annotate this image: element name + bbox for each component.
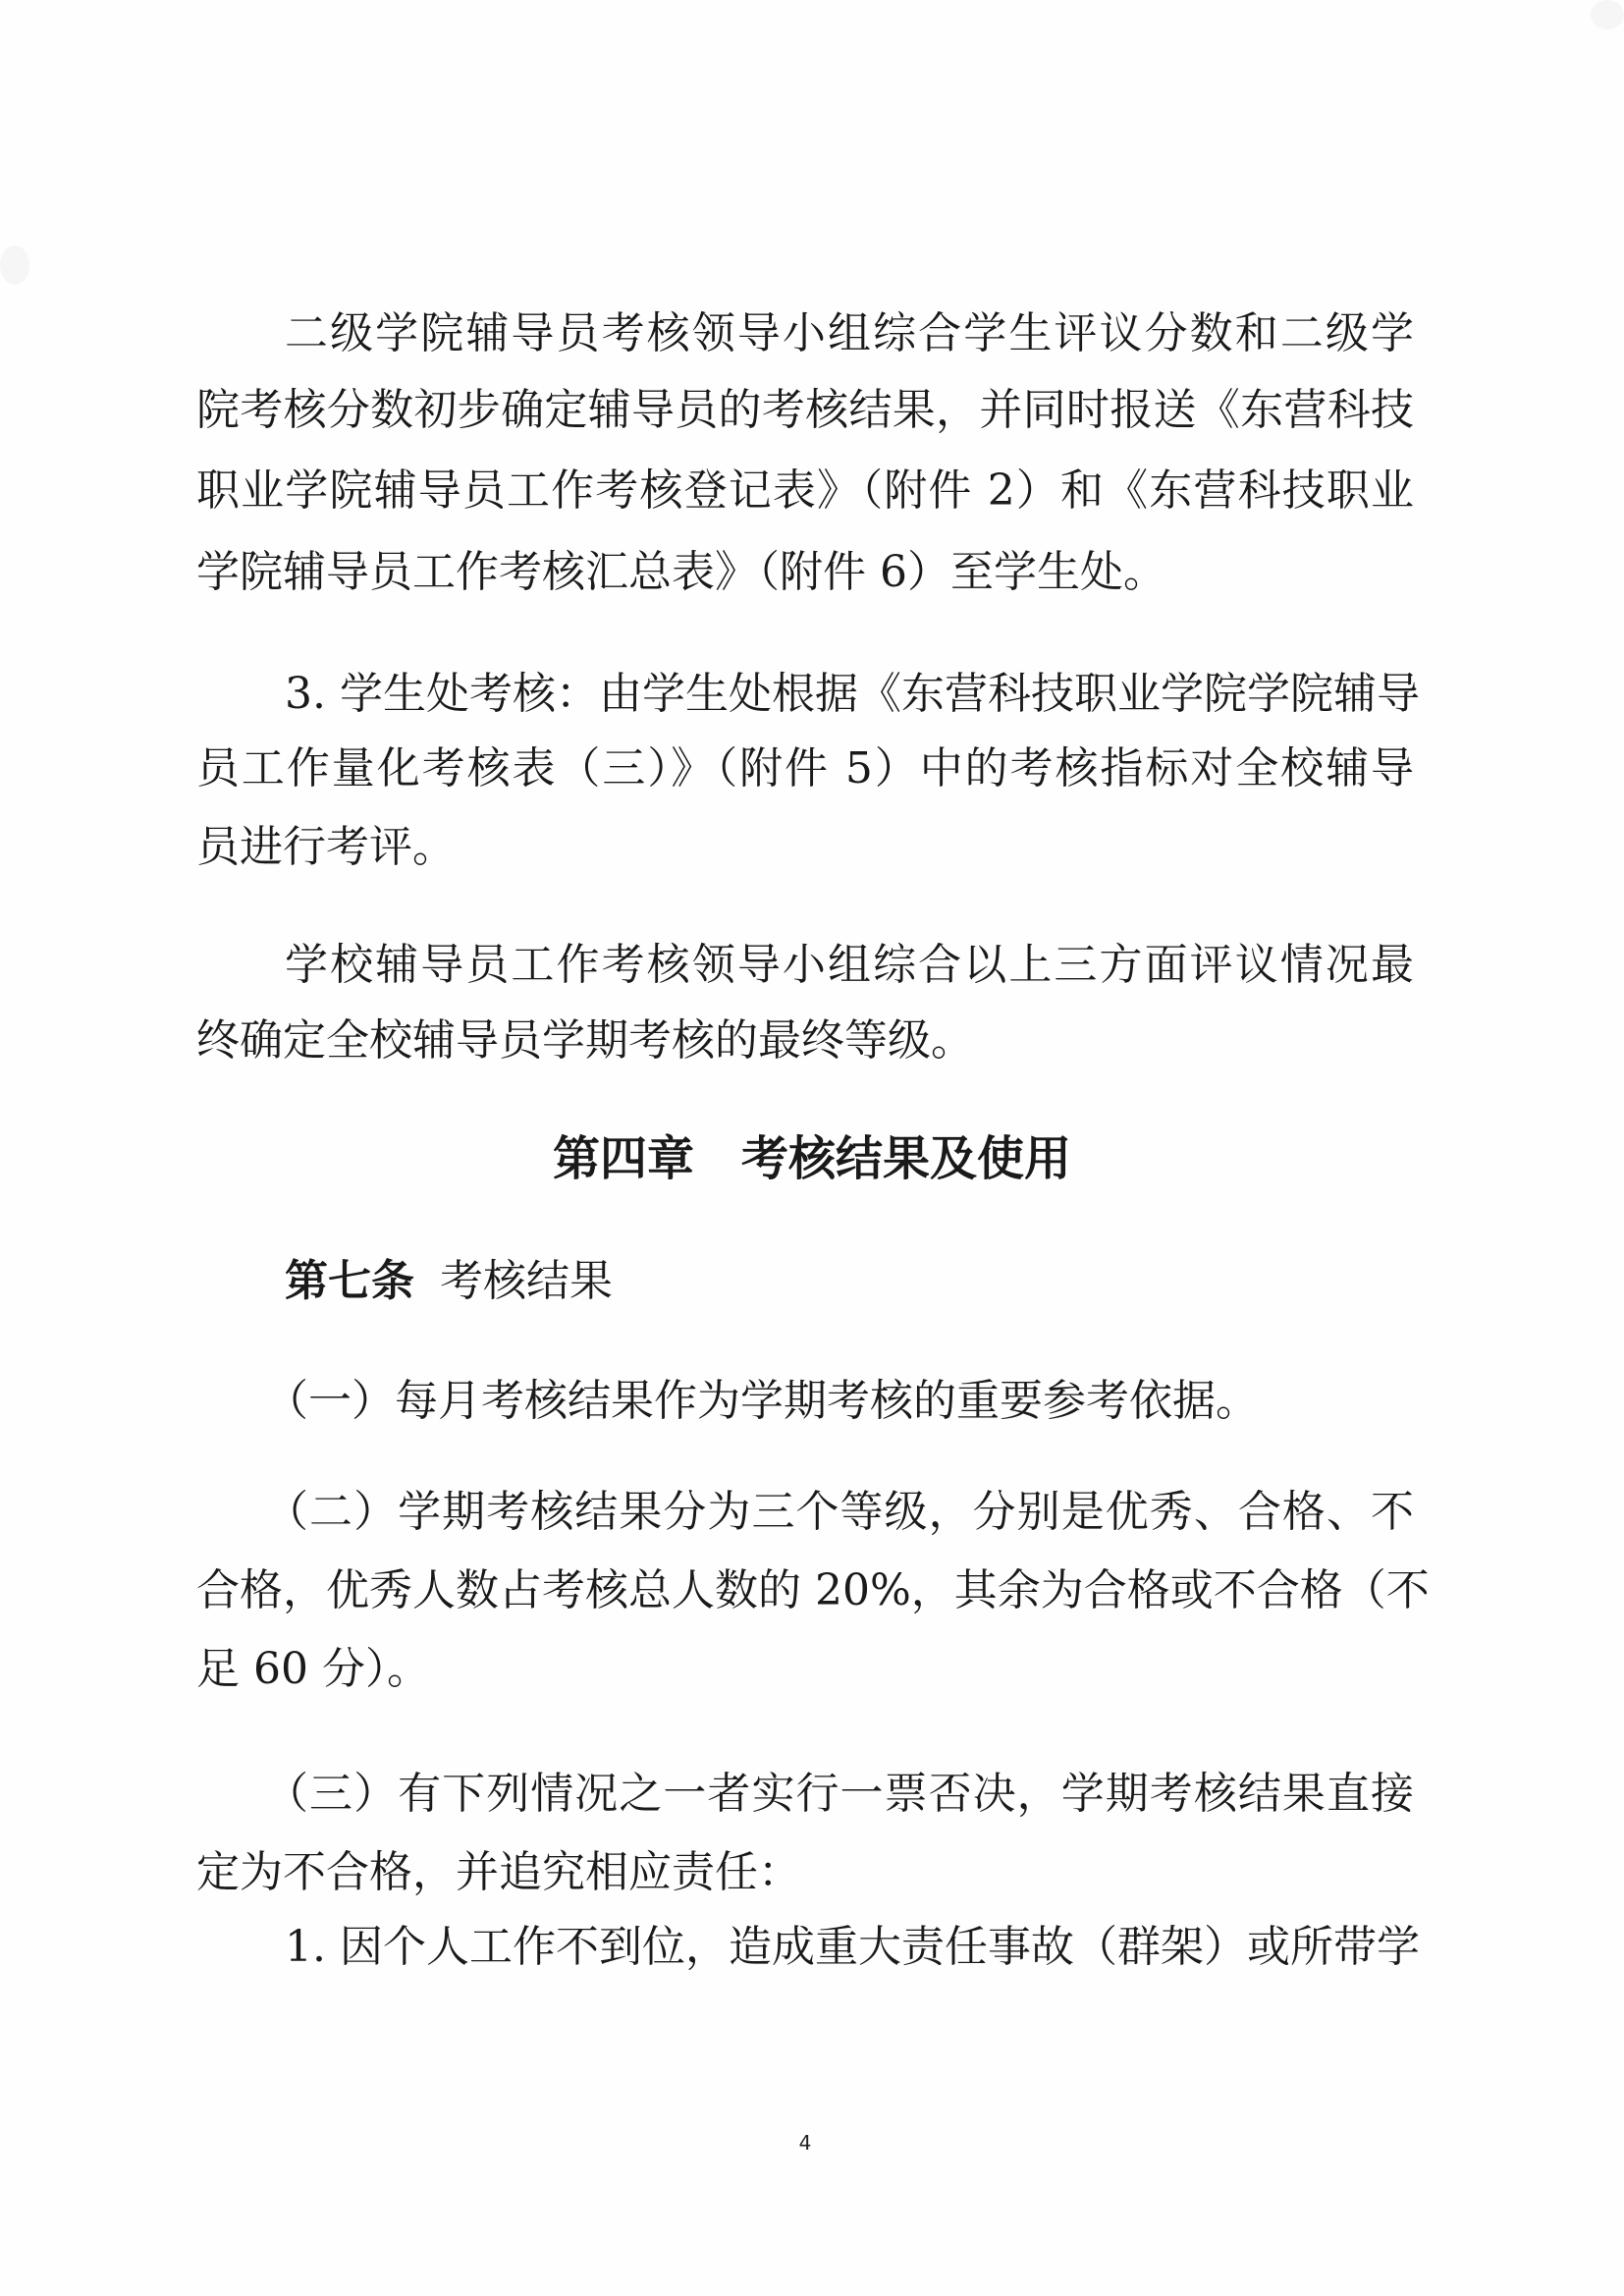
paragraph-3-line-2: 终确定全校辅导员学期考核的最终等级。 bbox=[196, 1011, 1414, 1070]
item-2-line-1: （二）学期考核结果分为三个等级，分别是优秀、合格、不 bbox=[265, 1483, 1414, 1542]
paragraph-2-line-1: 3. 学生处考核：由学生处根据《东营科技职业学院学院辅导 bbox=[285, 665, 1414, 724]
chapter-heading: 第四章 考核结果及使用 bbox=[0, 1127, 1624, 1190]
article-heading: 第七条考核结果 bbox=[285, 1252, 1414, 1311]
scan-artifact bbox=[1591, 0, 1624, 29]
item-2-line-2: 合格，优秀人数占考核总人数的 20%，其余为合格或不合格（不 bbox=[196, 1561, 1414, 1620]
item-3-line-2: 定为不合格，并追究相应责任： bbox=[196, 1843, 1414, 1902]
scan-artifact bbox=[0, 246, 29, 285]
page-number: 4 bbox=[785, 2131, 825, 2155]
item-3-line-3: 1. 因个人工作不到位，造成重大责任事故（群架）或所带学 bbox=[285, 1918, 1414, 1977]
paragraph-1-line-4: 学院辅导员工作考核汇总表》（附件 6）至学生处。 bbox=[196, 543, 1414, 602]
item-3-line-1: （三）有下列情况之一者实行一票否决，学期考核结果直接 bbox=[265, 1765, 1414, 1824]
paragraph-2-line-2: 员工作量化考核表（三）》（附件 5）中的考核指标对全校辅导 bbox=[196, 739, 1414, 798]
article-label: 第七条 bbox=[285, 1256, 414, 1306]
paragraph-1-line-2: 院考核分数初步确定辅导员的考核结果，并同时报送《东营科技 bbox=[196, 381, 1414, 440]
paragraph-1-line-1: 二级学院辅导员考核领导小组综合学生评议分数和二级学 bbox=[285, 304, 1414, 363]
item-1-line-1: （一）每月考核结果作为学期考核的重要参考依据。 bbox=[265, 1372, 1394, 1431]
paragraph-3-line-1: 学校辅导员工作考核领导小组综合以上三方面评议情况最 bbox=[285, 936, 1414, 995]
item-2-line-3: 足 60 分）。 bbox=[196, 1640, 1414, 1699]
article-title: 考核结果 bbox=[440, 1256, 613, 1306]
paragraph-2-line-3: 员进行考评。 bbox=[196, 818, 1414, 877]
document-page: 二级学院辅导员考核领导小组综合学生评议分数和二级学 院考核分数初步确定辅导员的考… bbox=[0, 0, 1624, 2296]
paragraph-1-line-3: 职业学院辅导员工作考核登记表》（附件 2）和《东营科技职业 bbox=[196, 462, 1414, 520]
